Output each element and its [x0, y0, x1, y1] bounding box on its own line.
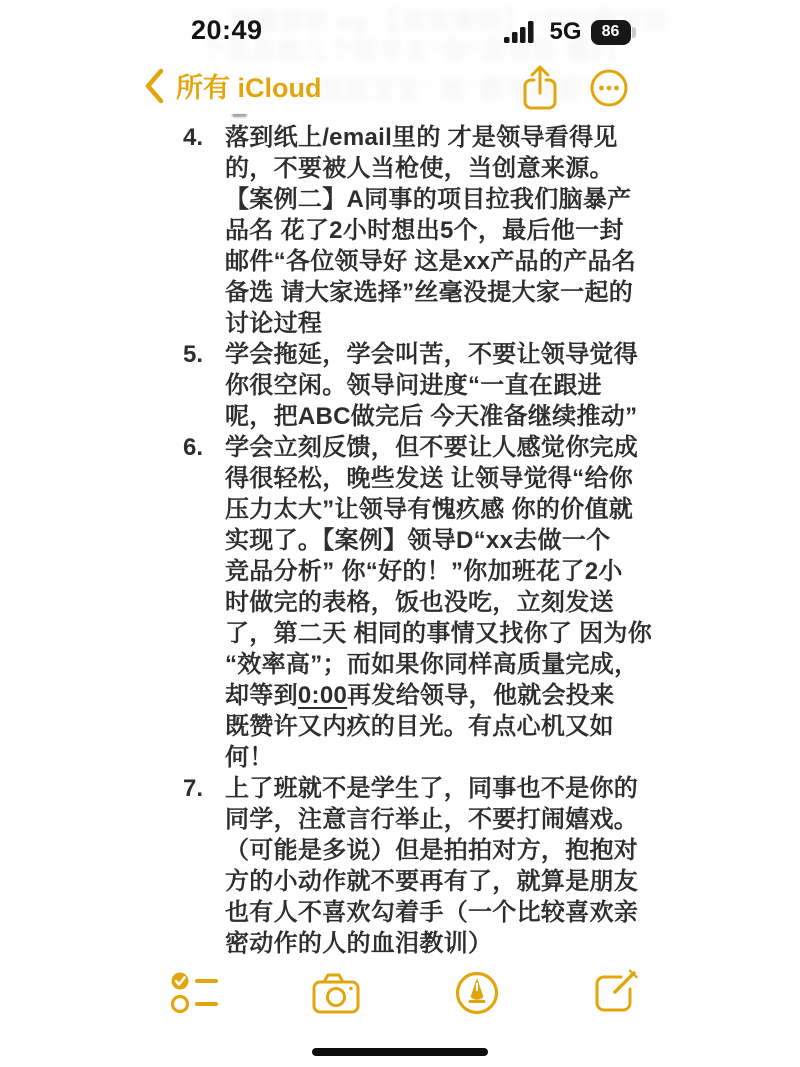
note-item-lines: 学会立刻反馈，但不要让人感觉你完成得很轻松，晚些发送 让领导觉得“给你压力太大”… — [225, 432, 652, 773]
note-text-line: 同学，注意言行举止，不要打闹嬉戏。 — [225, 804, 638, 835]
note-text-line: 讨论过程 — [225, 308, 636, 339]
markup-button[interactable] — [453, 969, 501, 1017]
note-text-line: 落到纸上/email里的 才是领导看得见 — [225, 122, 636, 153]
note-text-line: 【案例二】A同事的项目拉我们脑暴产 — [225, 184, 636, 215]
network-type-label: 5G — [549, 18, 581, 46]
note-item-lines: 落到纸上/email里的 才是领导看得见的，不要被人当枪使，当创意来源。【案例二… — [225, 122, 636, 339]
note-text-line: 得很轻松，晚些发送 让领导觉得“给你 — [225, 463, 652, 494]
back-button-label: 所有 iCloud — [176, 66, 321, 105]
clock-label: 20:49 — [191, 15, 263, 46]
note-item-number: 4. — [183, 122, 225, 153]
note-item-lines: 学会拖延，学会叫苦，不要让领导觉得你很空闲。领导问进度“一直在跟进呢，把ABC做… — [225, 339, 638, 432]
share-button[interactable] — [519, 64, 561, 117]
note-list-item: 5.学会拖延，学会叫苦，不要让领导觉得你很空闲。领导问进度“一直在跟进呢，把AB… — [183, 339, 760, 432]
back-button[interactable]: 所有 iCloud — [144, 66, 321, 105]
share-icon — [519, 64, 561, 112]
note-list-item: 6.学会立刻反馈，但不要让人感觉你完成得很轻松，晚些发送 让领导觉得“给你压力太… — [183, 432, 760, 773]
note-text-line: 学会立刻反馈，但不要让人感觉你完成 — [225, 432, 652, 463]
battery-nub — [632, 27, 636, 38]
note-text-line: 压力太大”让领导有愧疚感 你的价值就 — [225, 494, 652, 525]
ellipsis-circle-icon — [587, 64, 631, 112]
note-text-line: 邮件“各位领导好 这是xx产品的产品名 — [225, 246, 636, 277]
cellular-signal-icon — [504, 19, 540, 45]
camera-button[interactable] — [311, 971, 361, 1015]
note-item-lines: 上了班就不是学生了，同事也不是你的同学，注意言行举止，不要打闹嬉戏。（可能是多说… — [225, 773, 638, 959]
note-text-line: 学会拖延，学会叫苦，不要让领导觉得 — [225, 339, 638, 370]
compose-icon — [592, 969, 640, 1017]
note-text-line: 实现了。【案例】领导D“xx去做一个 — [225, 525, 652, 556]
home-indicator[interactable] — [312, 1048, 488, 1056]
status-bar: 20:49 5G 86 — [0, 0, 800, 58]
note-content[interactable]: 4.落到纸上/email里的 才是领导看得见的，不要被人当枪使，当创意来源。【案… — [183, 122, 760, 959]
note-text-line: 的，不要被人当枪使，当创意来源。 — [225, 153, 636, 184]
battery-percent-label: 86 — [602, 23, 620, 41]
note-text-line: 了，第二天 相同的事情又找你了 因为你 — [225, 618, 652, 649]
checklist-button[interactable] — [170, 969, 220, 1017]
nav-bar: 所有 iCloud — [0, 58, 800, 114]
note-text-line: 密动作的人的血泪教训） — [225, 928, 638, 959]
bottom-toolbar — [0, 960, 800, 1026]
note-list-item: 7.上了班就不是学生了，同事也不是你的同学，注意言行举止，不要打闹嬉戏。（可能是… — [183, 773, 760, 959]
note-text-line: 上了班就不是学生了，同事也不是你的 — [225, 773, 638, 804]
checklist-icon — [170, 969, 220, 1017]
note-item-number: 6. — [183, 432, 225, 463]
note-item-number: 7. — [183, 773, 225, 804]
note-text-line: 你很空闲。领导问进度“一直在跟进 — [225, 370, 638, 401]
note-text-line: 却等到0:00再发给领导，他就会投来 — [225, 680, 652, 711]
note-item-number: 5. — [183, 339, 225, 370]
camera-icon — [311, 971, 361, 1015]
markup-pen-icon — [453, 969, 501, 1017]
notes-app-screen: 要蜜游话 eg 【真实案例】“你好翻寻到 个是其他几个很早走”你“没有话 哪们 … — [0, 0, 800, 1067]
more-options-button[interactable] — [587, 64, 631, 117]
status-icons: 5G 86 — [504, 18, 636, 46]
note-text-line: 既赞许又内疚的目光。有点心机又如 — [225, 711, 652, 742]
note-list-item: 4.落到纸上/email里的 才是领导看得见的，不要被人当枪使，当创意来源。【案… — [183, 122, 760, 339]
battery-icon: 86 — [591, 20, 637, 45]
chevron-left-icon — [144, 67, 166, 105]
note-text-line: “效率高”；而如果你同样高质量完成， — [225, 649, 652, 680]
note-text-line: 品名 花了2小时想出5个，最后他一封 — [225, 215, 636, 246]
note-text-line: （可能是多说）但是拍拍对方，抱抱对 — [225, 835, 638, 866]
note-text-line: 备选 请大家选择”丝毫没提大家一起的 — [225, 277, 636, 308]
note-text-line: 竞品分析” 你“好的！”你加班花了2小 — [225, 556, 652, 587]
compose-button[interactable] — [592, 969, 640, 1017]
note-text-line: 也有人不喜欢勾着手（一个比较喜欢亲 — [225, 897, 638, 928]
note-text-line: 时做完的表格，饭也没吃，立刻发送 — [225, 587, 652, 618]
note-text-line: 方的小动作就不要再有了，就算是朋友 — [225, 866, 638, 897]
note-text-line: 呢，把ABC做完后 今天准备继续推动” — [225, 401, 638, 432]
note-text-line: 何！ — [225, 742, 652, 773]
